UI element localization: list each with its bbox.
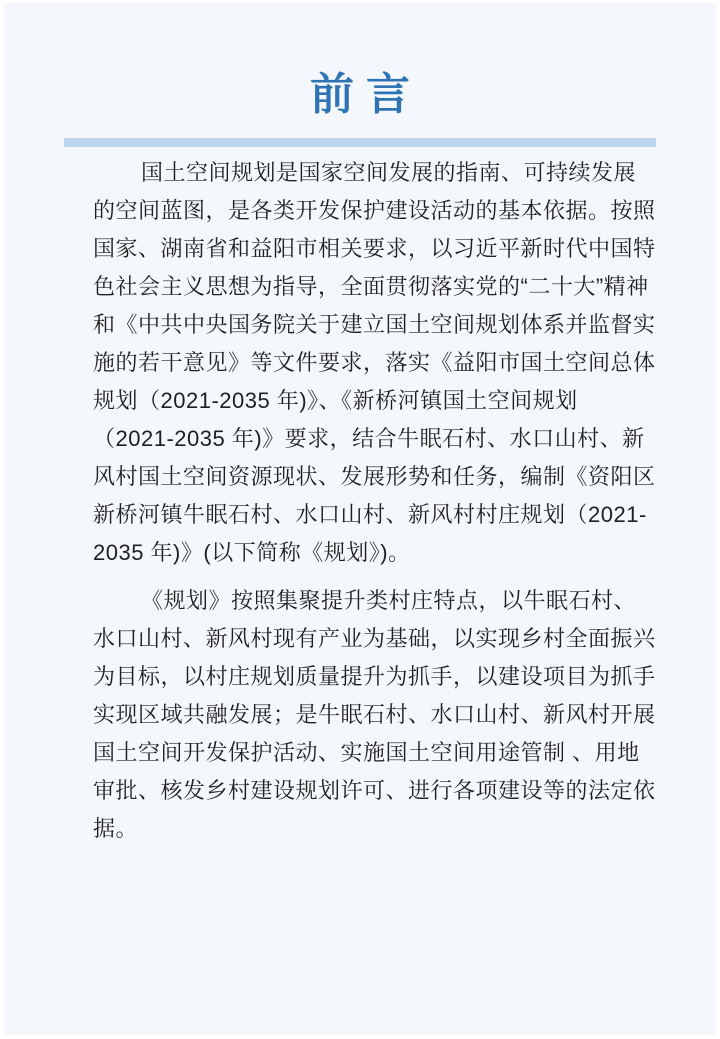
paragraph-line: 《规划》按照集聚提升类村庄特点，以牛眠石村、 [93,582,658,620]
page-title: 前言 [4,69,716,121]
preface-page: 前言 国土空间规划是国家空间发展的指南、可持续发展的空间蓝图，是各类开发保护建设… [4,3,716,1035]
paragraph-line: 水口山村、新风村现有产业为基础，以实现乡村全面振兴 [93,620,658,658]
paragraph-line: 国家、湖南省和益阳市相关要求，以习近平新时代中国特 [93,230,658,268]
paragraph-line: 据。 [93,810,658,848]
paragraph-line: 国土空间规划是国家空间发展的指南、可持续发展 [93,154,658,192]
document-canvas: { "page": { "title": "前言", "colors": { "… [0,0,720,1039]
paragraph-line: 2035 年)》(以下简称《规划》)。 [93,534,658,572]
paragraph-line: 风村国土空间资源现状、发展形势和任务，编制《资阳区 [93,458,658,496]
paragraph-line: 为目标，以村庄规划质量提升为抓手，以建设项目为抓手 [93,658,658,696]
paragraph-2: 《规划》按照集聚提升类村庄特点，以牛眠石村、水口山村、新风村现有产业为基础，以实… [93,582,658,848]
paragraph-line: 规划（2021-2035 年)》、《新桥河镇国土空间规划 [93,382,658,420]
paragraph-line: 的空间蓝图，是各类开发保护建设活动的基本依据。按照 [93,192,658,230]
paragraph-line: 和《中共中央国务院关于建立国土空间规划体系并监督实 [93,306,658,344]
paragraph-line: 实现区域共融发展；是牛眠石村、水口山村、新风村开展 [93,696,658,734]
paragraph-line: 新桥河镇牛眠石村、水口山村、新风村村庄规划（2021- [93,496,658,534]
preface-body: 国土空间规划是国家空间发展的指南、可持续发展的空间蓝图，是各类开发保护建设活动的… [93,154,658,848]
title-divider-rule [64,138,656,147]
paragraph-line: 色社会主义思想为指导，全面贯彻落实党的“二十大”精神 [93,268,658,306]
paragraph-1: 国土空间规划是国家空间发展的指南、可持续发展的空间蓝图，是各类开发保护建设活动的… [93,154,658,572]
paragraph-line: 国土空间开发保护活动、实施国土空间用途管制 、用地 [93,734,658,772]
paragraph-line: 审批、核发乡村建设规划许可、进行各项建设等的法定依 [93,772,658,810]
paragraph-line: （2021-2035 年)》要求，结合牛眠石村、水口山村、新 [93,420,658,458]
paragraph-line: 施的若干意见》等文件要求，落实《益阳市国土空间总体 [93,344,658,382]
